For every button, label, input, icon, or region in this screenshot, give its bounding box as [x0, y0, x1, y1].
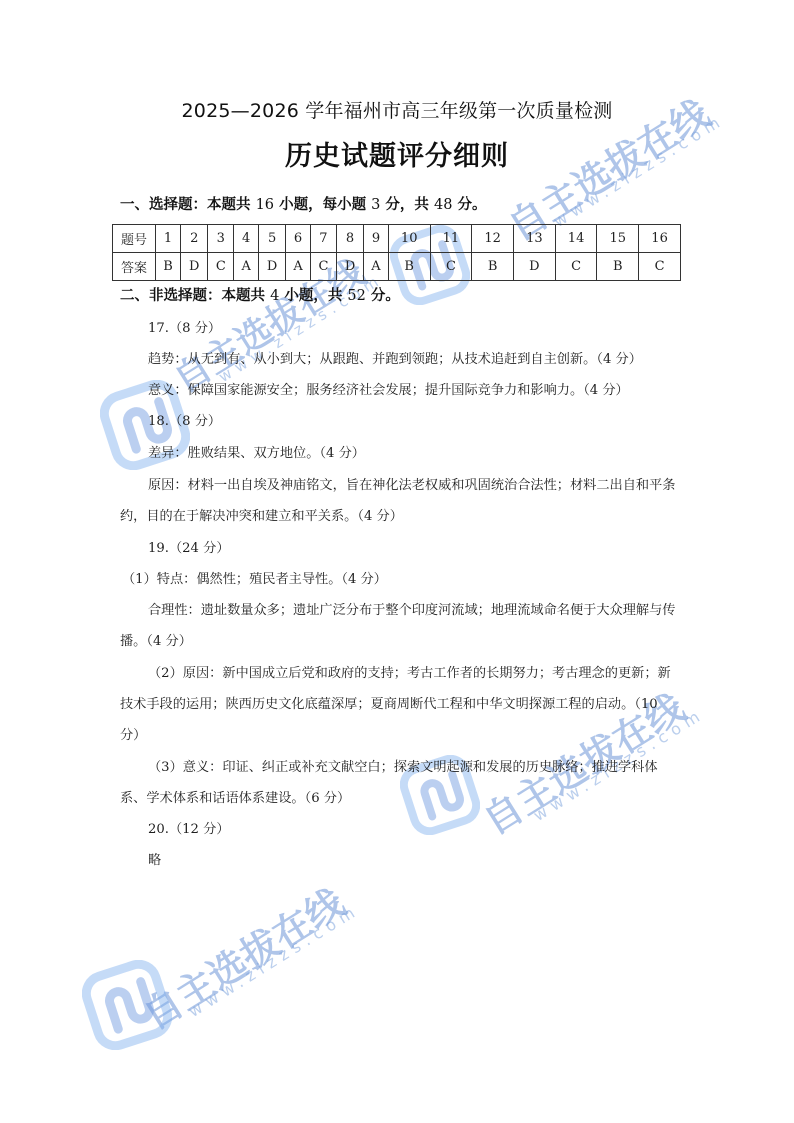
table-cell: A [364, 253, 389, 281]
question-19-part1-features: （1）特点：偶然性；殖民者主导性。（4 分） [122, 564, 682, 595]
table-cell: C [310, 253, 336, 281]
table-cell: B [597, 253, 639, 281]
table-cell: 16 [639, 225, 681, 253]
question-18-reason: 原因：材料一出自埃及神庙铭文，旨在神化法老权威和巩固统治合法性；材料二出自和平条… [120, 470, 680, 532]
table-cell: C [208, 253, 234, 281]
question-20-answer: 略 [120, 845, 680, 876]
row-label: 答案 [113, 253, 156, 281]
document-title: 历史试题评分细则 [0, 139, 794, 175]
exam-title: 2025—2026 学年福州市高三年级第一次质量检测 [0, 99, 794, 123]
total-points: 48 [434, 197, 452, 213]
table-cell: 2 [181, 225, 208, 253]
answer-key-table: 题号 1 2 3 4 5 6 7 8 9 10 11 12 13 14 15 1… [112, 224, 681, 281]
heading-text: 一、选择题：本题共 [120, 197, 256, 213]
question-count: 16 [256, 197, 274, 213]
table-cell: 15 [597, 225, 639, 253]
table-cell: C [639, 253, 681, 281]
heading-text: 二、非选择题：本题共 [120, 288, 270, 304]
table-cell: 13 [514, 225, 556, 253]
heading-text: 小题，共 [279, 288, 347, 304]
question-18-difference: 差异：胜败结果、双方地位。（4 分） [120, 438, 680, 469]
document-page: 自主选拔在线 www.zizzs.com 自主选拔在线 www.zizzs.co… [0, 0, 794, 1123]
zizzs-logo-icon [82, 960, 172, 1050]
section-heading-non-multiple-choice: 二、非选择题：本题共 4 小题，共 52 分。 [120, 286, 400, 306]
question-18-header: 18.（8 分） [120, 406, 680, 437]
table-row-question-numbers: 题号 1 2 3 4 5 6 7 8 9 10 11 12 13 14 15 1… [113, 225, 681, 253]
section-heading-multiple-choice: 一、选择题：本题共 16 小题，每小题 3 分，共 48 分。 [120, 195, 486, 215]
table-cell: C [430, 253, 472, 281]
table-cell: 10 [388, 225, 430, 253]
heading-text: 小题，每小题 [274, 197, 371, 213]
table-cell: 11 [430, 225, 472, 253]
question-17-header: 17.（8 分） [120, 313, 680, 344]
points-each: 3 [371, 197, 380, 213]
table-cell: 5 [259, 225, 286, 253]
table-cell: 6 [286, 225, 311, 253]
table-cell: A [286, 253, 311, 281]
question-19-part2-reasons: （2）原因：新中国成立后党和政府的支持；考古工作者的长期努力；考古理念的更新；新… [120, 658, 680, 751]
row-label: 题号 [113, 225, 156, 253]
question-19-header: 19.（24 分） [120, 533, 680, 564]
table-cell: 1 [156, 225, 181, 253]
table-cell: D [514, 253, 556, 281]
heading-text: 分。 [366, 288, 400, 304]
table-cell: 4 [234, 225, 259, 253]
table-cell: 7 [310, 225, 336, 253]
total-points: 52 [347, 288, 365, 304]
table-row-answers: 答案 B D C A D A C D A B C B D C B C [113, 253, 681, 281]
question-20-header: 20.（12 分） [120, 814, 680, 845]
table-cell: D [336, 253, 363, 281]
watermark-brand-text: 自主选拔在线 [131, 873, 354, 1040]
table-cell: 12 [472, 225, 514, 253]
table-cell: C [555, 253, 597, 281]
table-cell: B [388, 253, 430, 281]
question-19-part3-significance: （3）意义：印证、纠正或补充文献空白；探索文明起源和发展的历史脉络；推进学科体系… [120, 752, 680, 814]
table-cell: B [472, 253, 514, 281]
question-19-part1-rationality: 合理性：遗址数量众多；遗址广泛分布于整个印度河流域；地理流域命名便于大众理解与传… [120, 595, 680, 657]
table-cell: 14 [555, 225, 597, 253]
question-17-trend: 趋势：从无到有、从小到大；从跟跑、并跑到领跑；从技术追赶到自主创新。（4 分） [120, 344, 680, 375]
table-cell: D [259, 253, 286, 281]
table-cell: 3 [208, 225, 234, 253]
table-cell: 9 [364, 225, 389, 253]
table-cell: A [234, 253, 259, 281]
table-cell: B [156, 253, 181, 281]
table-cell: D [181, 253, 208, 281]
heading-text: 分，共 [380, 197, 434, 213]
question-count: 4 [270, 288, 279, 304]
heading-text: 分。 [452, 197, 486, 213]
question-17-significance: 意义：保障国家能源安全；服务经济社会发展；提升国际竞争力和影响力。（4 分） [120, 375, 680, 406]
table-cell: 8 [336, 225, 363, 253]
watermark-url-text: www.zizzs.com [185, 900, 363, 1021]
